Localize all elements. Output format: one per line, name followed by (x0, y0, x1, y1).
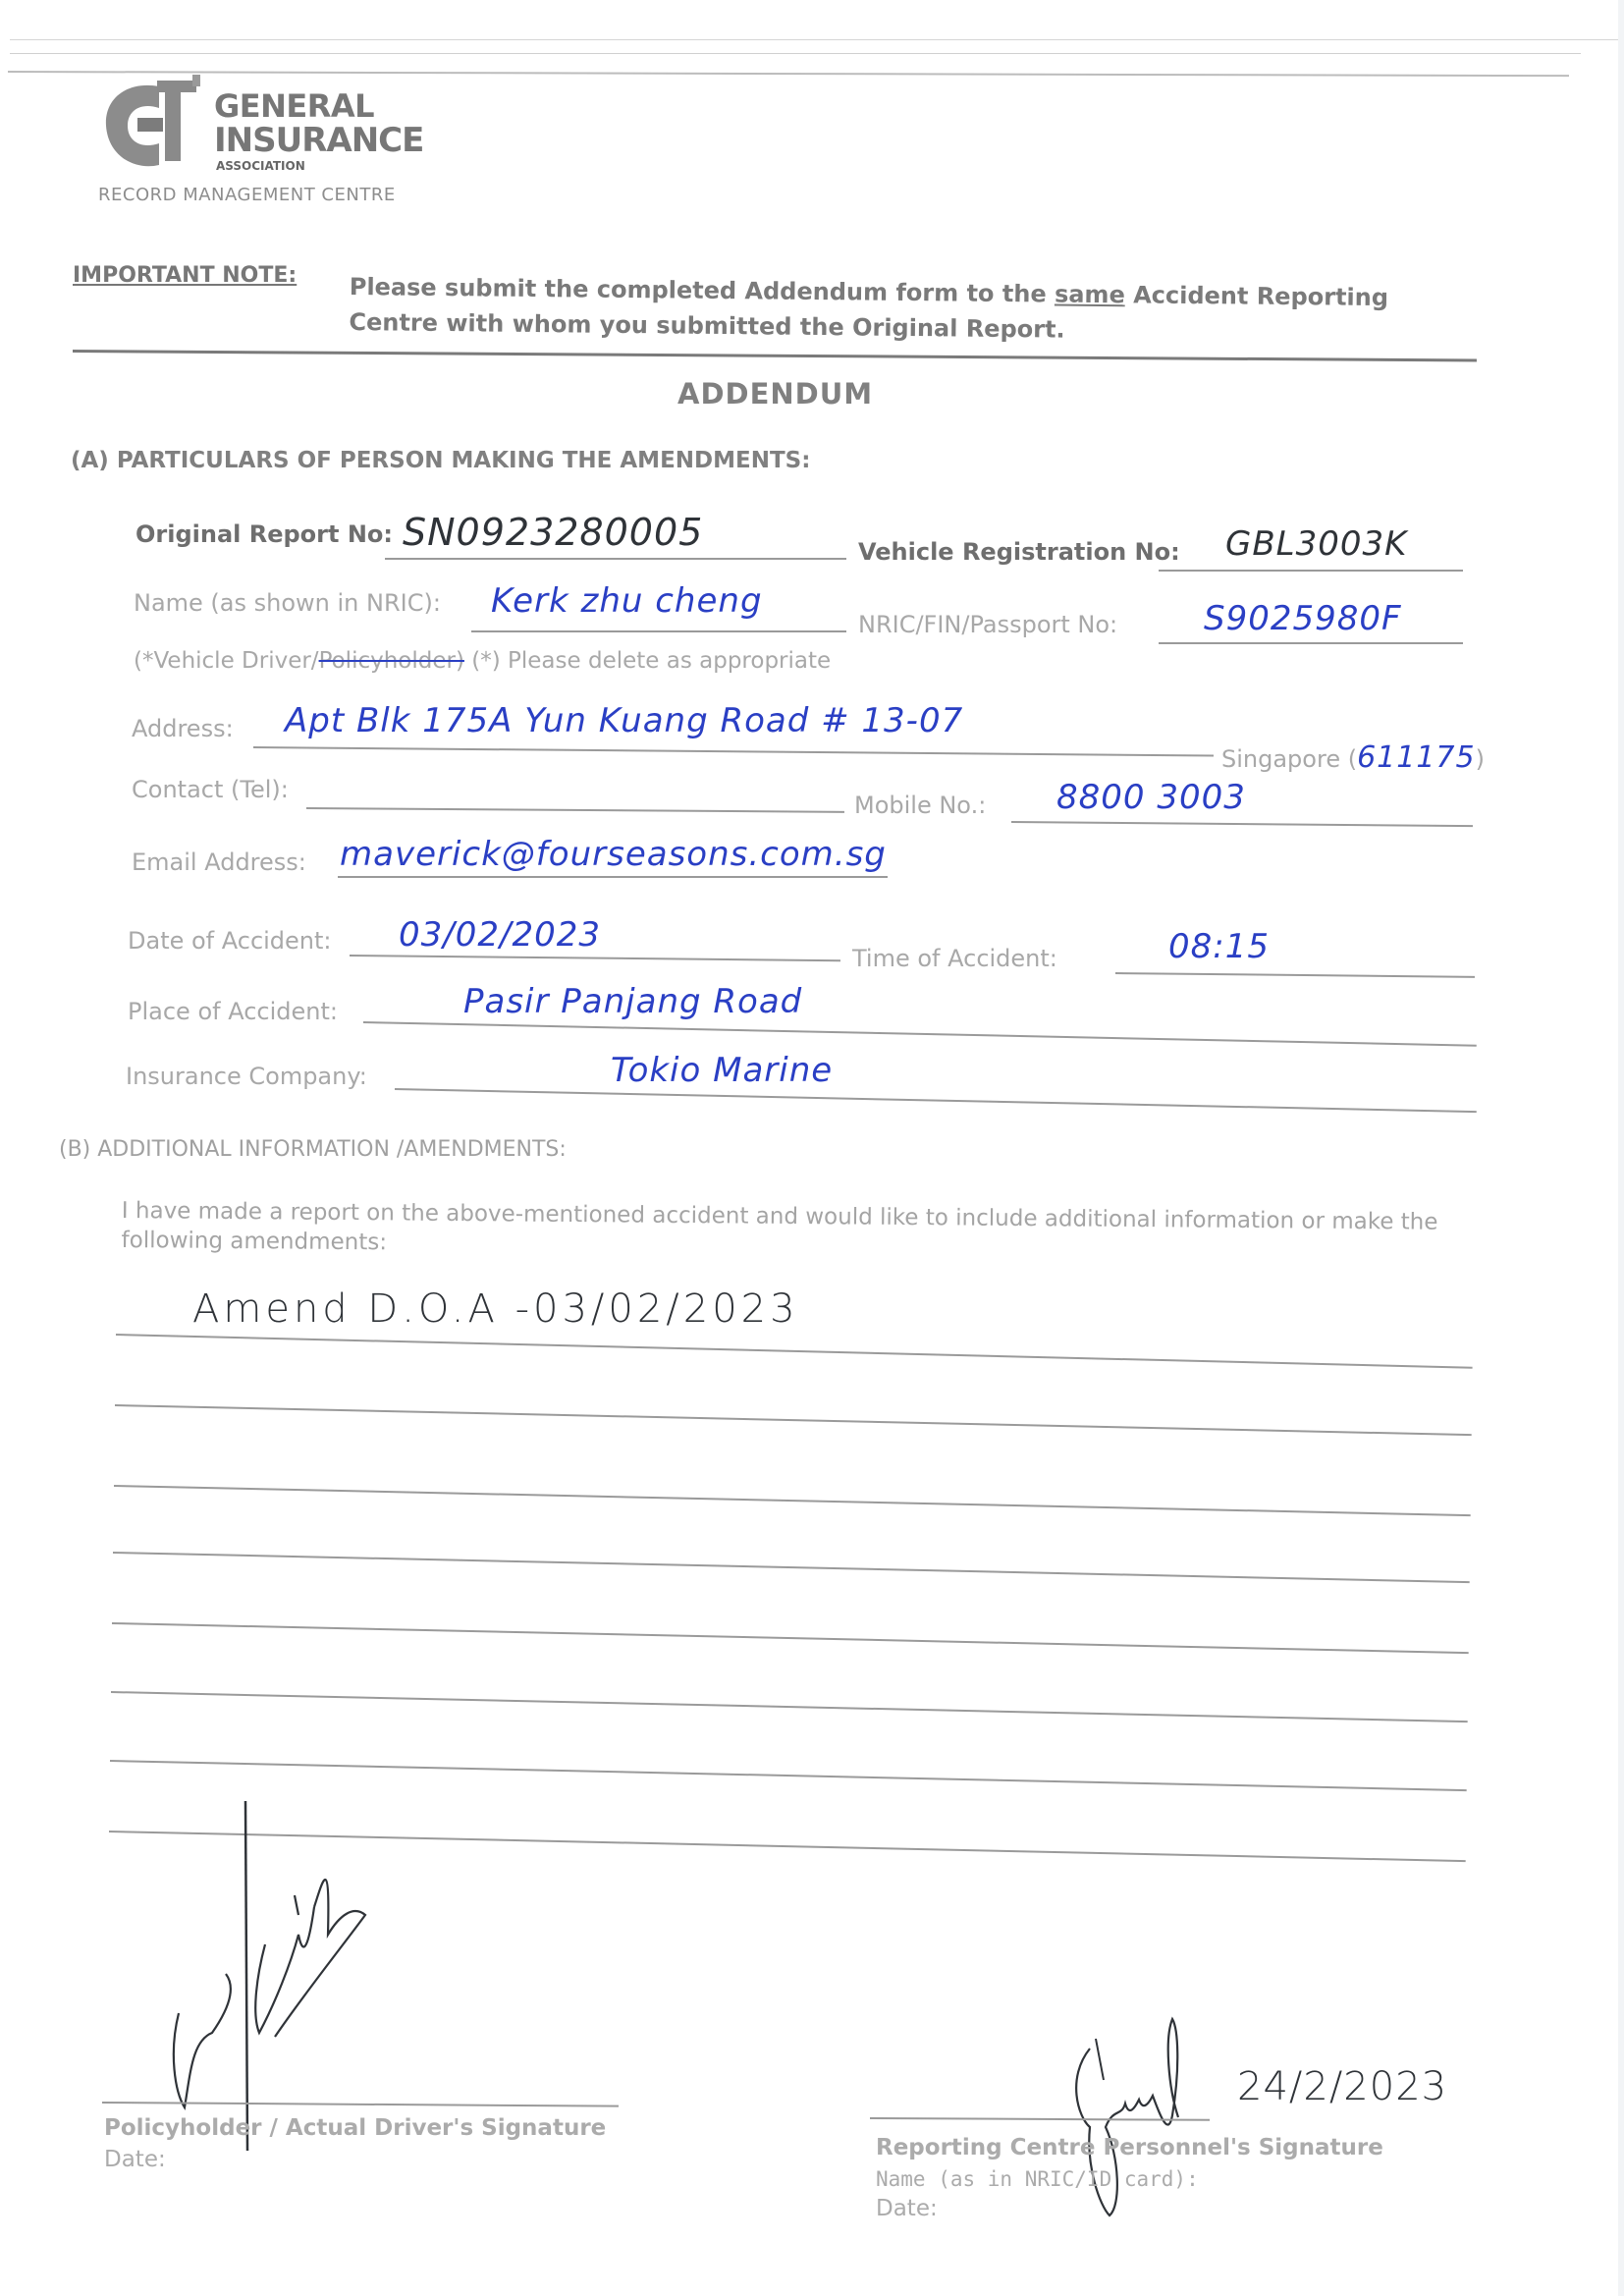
section-b-heading: (B) ADDITIONAL INFORMATION /AMENDMENTS: (59, 1137, 567, 1162)
email-field[interactable]: maverick@fourseasons.com.sg (340, 835, 887, 874)
contact-tel-line (306, 807, 844, 813)
important-note-text: Please submit the completed Addendum for… (349, 269, 1479, 352)
original-report-no-field[interactable]: SN0923280005 (403, 511, 703, 554)
amendment-line (116, 1334, 1473, 1369)
original-report-no-line (385, 558, 846, 560)
important-note-emphasis: same (1055, 281, 1125, 309)
mobile-field[interactable]: 8800 3003 (1056, 778, 1246, 817)
policyholder-signature-label: Policyholder / Actual Driver's Signature (104, 2113, 606, 2143)
name-label: Name (as shown in NRIC): (134, 589, 441, 617)
place-of-accident-field[interactable]: Pasir Panjang Road (463, 982, 802, 1021)
scan-edge (1618, 0, 1624, 2296)
date-of-accident-label: Date of Accident: (128, 927, 332, 955)
amendment-line (115, 1404, 1472, 1436)
section-b-intro: I have made a report on the above-mentio… (121, 1196, 1476, 1267)
mobile-line (1011, 821, 1473, 827)
amendment-field[interactable]: Amend D.O.A -03/02/2023 (192, 1286, 799, 1332)
time-of-accident-field[interactable]: 08:15 (1168, 927, 1270, 966)
nric-line (1159, 642, 1463, 644)
nric-field[interactable]: S9025980F (1204, 599, 1402, 638)
reporting-centre-signature-line (870, 2117, 1210, 2121)
amendment-line (113, 1552, 1470, 1583)
address-field[interactable]: Apt Blk 175A Yun Kuang Road # 13-07 (285, 701, 963, 740)
struck-option: Policyholder) (319, 648, 464, 674)
reporting-centre-handwritten-date[interactable]: 24/2/2023 (1237, 2064, 1447, 2109)
date-of-accident-field[interactable]: 03/02/2023 (399, 915, 601, 955)
place-of-accident-line (363, 1021, 1477, 1047)
vehicle-registration-line (1159, 570, 1463, 572)
scan-artifact-line (10, 39, 1620, 40)
reporting-centre-name-label: Name (as in NRIC/ID card): (876, 2164, 1199, 2194)
amendment-line (111, 1691, 1468, 1722)
scan-artifact-line (10, 53, 1581, 54)
address-line (253, 746, 1214, 757)
email-label: Email Address: (132, 848, 306, 876)
reporting-centre-date-label: Date: (876, 2194, 938, 2223)
insurance-company-label: Insurance Company: (126, 1063, 367, 1090)
policyholder-date-label: Date: (104, 2145, 166, 2174)
logo-text-association: ASSOCIATION (216, 159, 305, 173)
logo-subtitle: RECORD MANAGEMENT CENTRE (98, 185, 396, 205)
address-label: Address: (132, 715, 234, 742)
place-of-accident-label: Place of Accident: (128, 998, 338, 1025)
vehicle-registration-label: Vehicle Registration No: (858, 538, 1180, 566)
important-note-label: IMPORTANT NOTE: (73, 263, 297, 288)
policyholder-signature-icon (167, 1797, 383, 2151)
amendment-line (110, 1760, 1467, 1791)
time-of-accident-label: Time of Accident: (852, 945, 1057, 972)
contact-tel-label: Contact (Tel): (132, 776, 289, 803)
amendment-line (114, 1485, 1471, 1516)
logo-text-general: GENERAL (214, 90, 374, 122)
name-field[interactable]: Kerk zhu cheng (491, 581, 763, 621)
logo-text-insurance: INSURANCE (214, 124, 423, 157)
insurance-company-field[interactable]: Tokio Marine (611, 1051, 833, 1090)
original-report-no-label: Original Report No: (135, 520, 393, 548)
role-note: (*Vehicle Driver/Policyholder) (*) Pleas… (134, 648, 831, 674)
time-of-accident-line (1115, 972, 1475, 978)
gia-logo: GENERAL INSURANCE ASSOCIATION RECORD MAN… (98, 75, 412, 222)
mobile-label: Mobile No.: (854, 792, 986, 819)
header-divider (73, 350, 1477, 361)
section-a-heading: (A) PARTICULARS OF PERSON MAKING THE AME… (71, 448, 810, 473)
amendment-line (112, 1622, 1469, 1654)
email-line (338, 876, 888, 878)
insurance-company-line (395, 1088, 1477, 1113)
nric-label: NRIC/FIN/Passport No: (858, 611, 1117, 638)
postal-code-field[interactable]: 611175 (1357, 740, 1476, 775)
address-country: Singapore (611175) (1221, 740, 1485, 775)
vehicle-registration-field[interactable]: GBL3003K (1225, 524, 1407, 564)
name-line (471, 630, 846, 632)
reporting-centre-signature-label: Reporting Centre Personnel's Signature (876, 2133, 1383, 2162)
page-title: ADDENDUM (677, 377, 873, 410)
date-of-accident-line (350, 955, 840, 961)
gia-logo-icon (98, 75, 206, 173)
